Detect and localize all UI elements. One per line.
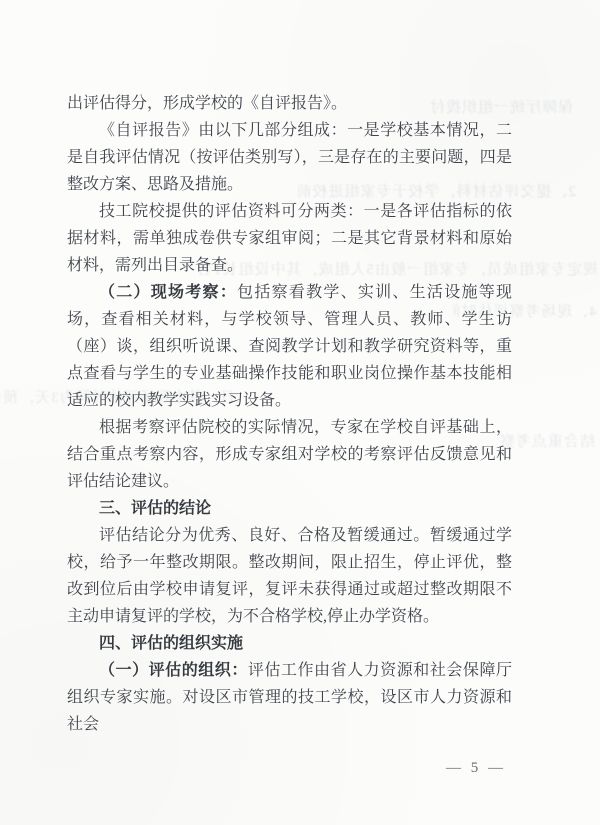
section-heading: 四、评估的组织实施 <box>67 630 512 657</box>
text-run: 《自评报告》由以下几部分组成：一是学校基本情况，二是自我评估情况（按评估类别写）… <box>67 122 512 193</box>
paragraph: 根据考察评估院校的实际情况，专家在学校自评基础上，结合重点考察内容，形成专家组对… <box>67 414 512 495</box>
paragraph: 评估结论分为优秀、良好、合格及暂缓通过。暂缓通过学校，给予一年整改期限。整改期间… <box>67 522 512 630</box>
bold-run: （一）评估的组织： <box>99 662 248 679</box>
text-run: 技工院校提供的评估资料可分两类：一是各评估指标的依据材料，需单独成卷供专家组审阅… <box>67 203 512 274</box>
bold-run: （二）现场考察： <box>99 284 237 301</box>
bold-run: 三、评估的结论 <box>99 500 211 517</box>
paragraph: （二）现场考察：包括察看教学、实训、生活设施等现场，查看相关材料，与学校领导、管… <box>67 279 512 414</box>
text-run: 出评估得分，形成学校的《自评报告》。 <box>67 95 347 112</box>
text-run: 评估结论分为优秀、良好、合格及暂缓通过。暂缓通过学校，给予一年整改期限。整改期间… <box>67 527 512 625</box>
section-heading: 三、评估的结论 <box>67 495 512 522</box>
page-number: — 5 — <box>446 760 506 777</box>
paragraph: 出评估得分，形成学校的《自评报告》。 <box>67 90 512 117</box>
text-run: 包括察看教学、实训、生活设施等现场，查看相关材料，与学校领导、管理人员、教师、学… <box>67 284 512 409</box>
document-body: 出评估得分，形成学校的《自评报告》。《自评报告》由以下几部分组成：一是学校基本情… <box>67 90 512 738</box>
bold-run: 四、评估的组织实施 <box>99 635 243 652</box>
text-run: 根据考察评估院校的实际情况，专家在学校自评基础上，结合重点考察内容，形成专家组对… <box>67 419 512 490</box>
paragraph: 《自评报告》由以下几部分组成：一是学校基本情况，二是自我评估情况（按评估类别写）… <box>67 117 512 198</box>
paragraph: （一）评估的组织：评估工作由省人力资源和社会保障厅组织专家实施。对设区市管理的技… <box>67 657 512 738</box>
scanned-page: 保障厅统一组织拨付 2、提交评估材料，学校于专家组进校前 规定专家组成员，专家组… <box>0 0 600 825</box>
paragraph: 技工院校提供的评估资料可分两类：一是各评估指标的依据材料，需单独成卷供专家组审阅… <box>67 198 512 279</box>
